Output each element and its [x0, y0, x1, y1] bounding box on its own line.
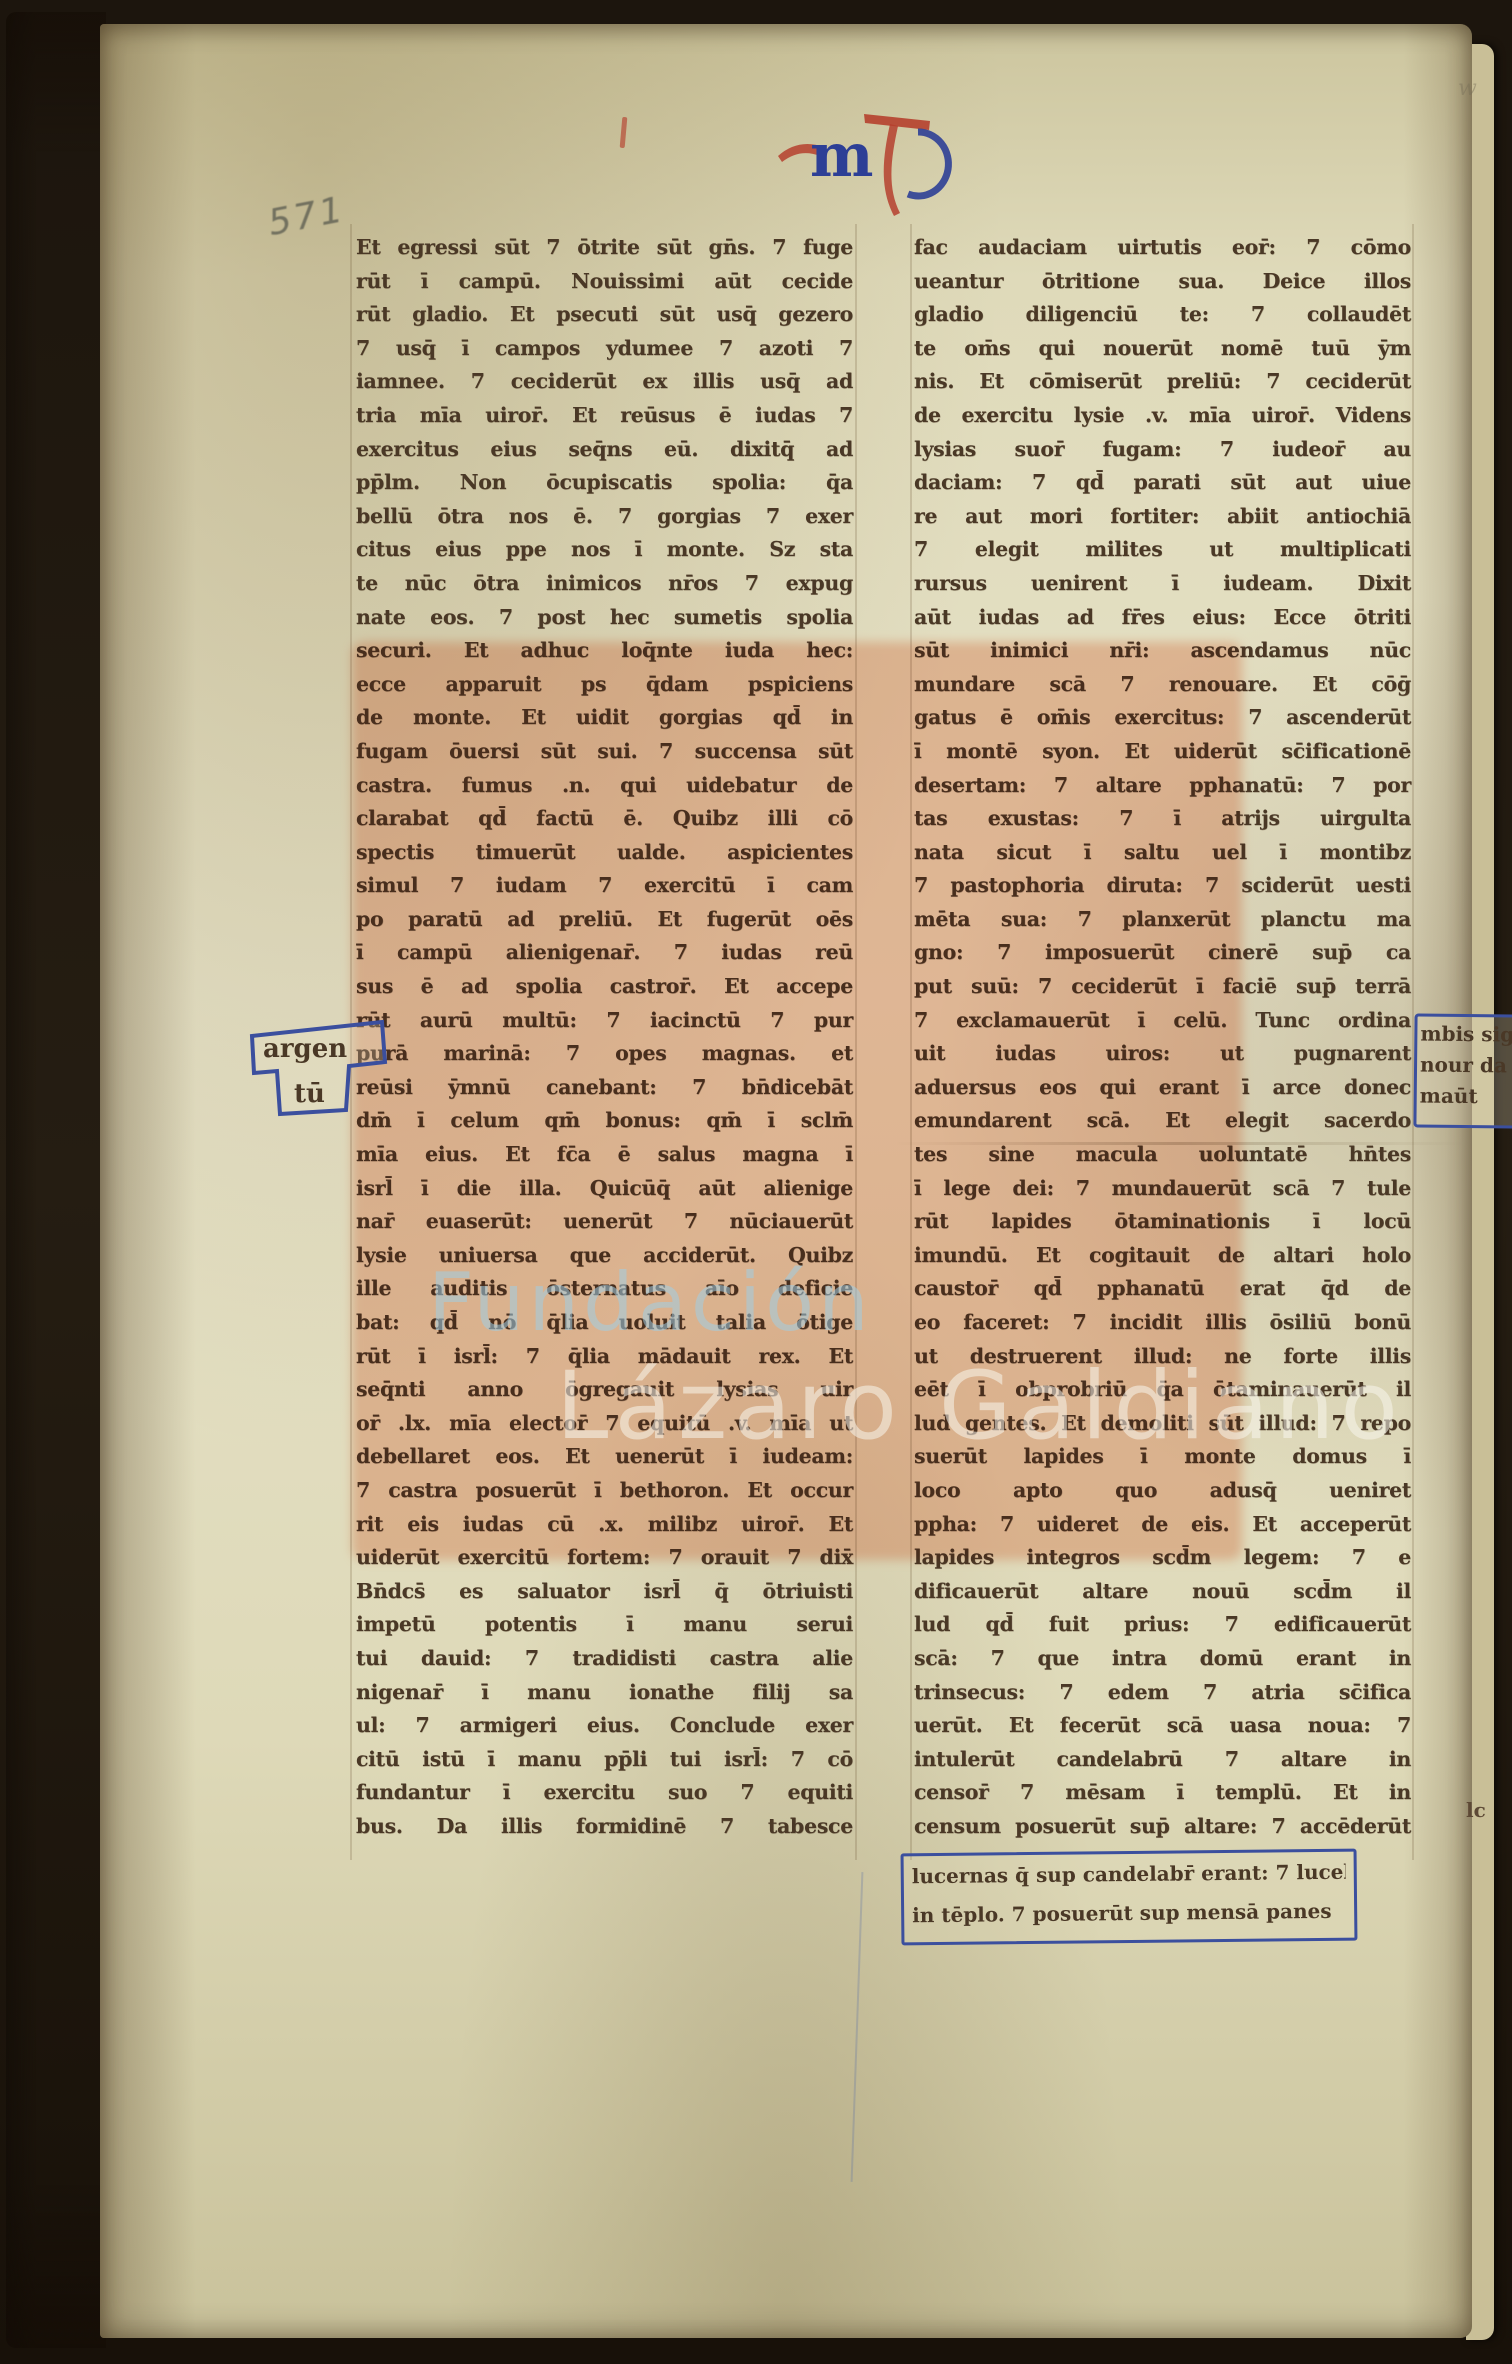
- text-line: fugam ōuersi sūt sui. 7 succensa sūt: [356, 735, 853, 769]
- text-line: dm̄ ī celum qm̄ bonus: qm̄ ī sclm̄: [356, 1104, 853, 1138]
- text-line: Bn̄dcs̄ es saluator isrl̄ q̄ ōtriuisti: [356, 1575, 853, 1609]
- text-line: mēta sua: 7 planxerūt planctu ma: [914, 903, 1411, 937]
- text-line: nour da: [1420, 1050, 1512, 1082]
- text-line: nata sicut ī saltu uel ī montibz: [914, 836, 1411, 870]
- text-line: 7 pastophoria diruta: 7 sciderūt uesti: [914, 869, 1411, 903]
- text-line: caustor̄ qd̄ pphanatū erat q̄d de: [914, 1272, 1411, 1306]
- text-line: re aut mori fortiter: abiit antiochiā: [914, 500, 1411, 534]
- text-line: dificauerūt altare nouū scd̄m il: [914, 1575, 1411, 1609]
- text-line: ppha: 7 uideret de eis. Et acceperūt: [914, 1508, 1411, 1542]
- ruling-line: [910, 224, 912, 1860]
- text-line: citū istū ī manu pp̄li tui isrl̄: 7 cō: [356, 1743, 853, 1777]
- text-line: nigenar̄ ī manu ionathe filij sa: [356, 1676, 853, 1710]
- text-line: bat: qd̄ nō q̄lia uoluit talia ōtige: [356, 1306, 853, 1340]
- text-line: purā marinā: 7 opes magnas. et: [356, 1037, 853, 1071]
- text-line: ille auditis ōsternatus aīo deficie: [356, 1272, 853, 1306]
- text-line: te nūc ōtra inimicos nr̄os 7 expug: [356, 567, 853, 601]
- text-line: castra. fumus .n. qui uidebatur de: [356, 769, 853, 803]
- text-line: lucernas q̄ sup candelabr̄ erant: 7 luce…: [912, 1853, 1346, 1897]
- text-line: impetū potentis ī manu serui: [356, 1608, 853, 1642]
- text-line: aduersus eos qui erant ī arce donec: [914, 1071, 1411, 1105]
- edge-pen-mark: lc: [1466, 1798, 1486, 1822]
- bottom-gloss-note: lucernas q̄ sup candelabr̄ erant: 7 luce…: [901, 1849, 1358, 1946]
- text-line: mundare scā 7 renouare. Et cōḡ: [914, 668, 1411, 702]
- text-line: rit eis iudas cū .x. milibz uiror̄. Et: [356, 1508, 853, 1542]
- text-line: bus. Da illis formidinē 7 tabesce: [356, 1810, 853, 1844]
- text-line: nis. Et cōmiserūt preliū: 7 ceciderūt: [914, 365, 1411, 399]
- corner-pencil-mark: w: [1458, 76, 1477, 101]
- text-column-right: fac audaciam uirtutis eor̄: 7 cōmoueantu…: [914, 231, 1411, 1844]
- text-line: put suū: 7 ceciderūt ī faciē sup̄ terrā: [914, 970, 1411, 1004]
- text-line: ī lege dei: 7 mundauerūt scā 7 tule: [914, 1172, 1411, 1206]
- text-line: 7 elegit milites ut multiplicati: [914, 533, 1411, 567]
- text-line: intulerūt candelabrū 7 altare in: [914, 1743, 1411, 1777]
- text-line: debellaret eos. Et uenerūt ī iudeam:: [356, 1440, 853, 1474]
- text-line: aūt iudas ad fr̄es eius: Ecce ōtriti: [914, 601, 1411, 635]
- text-line: emundarent scā. Et elegit sacerdo: [914, 1104, 1411, 1138]
- text-line: maūt: [1420, 1081, 1512, 1113]
- text-line: ī montē syon. Et uiderūt sc̄ificationē: [914, 735, 1411, 769]
- text-line: sus ē ad spolia castror̄. Et accepe: [356, 970, 853, 1004]
- text-line: simul 7 iudam 7 exercitū ī cam: [356, 869, 853, 903]
- text-line: trinsecus: 7 edem 7 atria sc̄ifica: [914, 1676, 1411, 1710]
- text-column-left: Et egressi sūt 7 ōtrite sūt gn̄s. 7 fuge…: [356, 231, 853, 1844]
- text-line: sūt inimici nr̄i: ascendamus nūc: [914, 634, 1411, 668]
- text-line: censor̄ 7 mēsam ī templū. Et in: [914, 1776, 1411, 1810]
- text-line: mīa eius. Et fc̄a ē salus magna ī: [356, 1138, 853, 1172]
- text-line: lud qd̄ fuit prius: 7 edificauerūt: [914, 1608, 1411, 1642]
- text-line: spectis timuerūt ualde. aspicientes: [356, 836, 853, 870]
- margin-note-left-line2: tū: [294, 1079, 325, 1109]
- text-line: daciam: 7 qd̄ parati sūt aut uiue: [914, 466, 1411, 500]
- text-line: imundū. Et cogitauit de altari holo: [914, 1239, 1411, 1273]
- text-line: uit iudas uiros: ut pugnarent: [914, 1037, 1411, 1071]
- text-line: tui dauid: 7 tradidisti castra alie: [356, 1642, 853, 1676]
- running-header: m: [772, 94, 967, 219]
- margin-note-left: argen tū: [248, 1010, 400, 1132]
- text-line: rūt aurū multū: 7 iacinctū 7 pur: [356, 1004, 853, 1038]
- text-line: tria mīa uiror̄. Et reūsus ē iudas 7: [356, 399, 853, 433]
- text-line: rursus uenirent ī iudeam. Dixit: [914, 567, 1411, 601]
- text-line: rūt gladio. Et psecuti sūt usq̄ gezero: [356, 298, 853, 332]
- text-line: seq̄nti anno ōgregauit lysias uir: [356, 1373, 853, 1407]
- text-line: de exercitu lysie .v. mīa uiror̄. Videns: [914, 399, 1411, 433]
- text-line: lapides integros scd̄m legem: 7 e: [914, 1541, 1411, 1575]
- text-line: de monte. Et uidit gorgias qd̄ in: [356, 701, 853, 735]
- text-line: fac audaciam uirtutis eor̄: 7 cōmo: [914, 231, 1411, 265]
- text-line: ul: 7 armigeri eius. Conclude exer: [356, 1709, 853, 1743]
- text-line: nate eos. 7 post hec sumetis spolia: [356, 601, 853, 635]
- margin-note-right: mbis signour damaūt: [1413, 1013, 1512, 1128]
- text-line: desertam: 7 altare pphanatū: 7 por: [914, 769, 1411, 803]
- text-line: eo faceret: 7 incidit illis ōsiliū bonū: [914, 1306, 1411, 1340]
- text-line: eēt ī obprobriū q̄a ōtaminauerūt il: [914, 1373, 1411, 1407]
- text-line: loco apto quo adusq̄ ueniret: [914, 1474, 1411, 1508]
- text-line: ut destruerent illud: ne forte illis: [914, 1340, 1411, 1374]
- text-line: tas exustas: 7 ī atrijs uirgulta: [914, 802, 1411, 836]
- text-line: uiderūt exercitū fortem: 7 orauit 7 dix̄: [356, 1541, 853, 1575]
- text-line: bellū ōtra nos ē. 7 gorgias 7 exer: [356, 500, 853, 534]
- text-line: uerūt. Et fecerūt scā uasa noua: 7: [914, 1709, 1411, 1743]
- text-line: Et egressi sūt 7 ōtrite sūt gn̄s. 7 fuge: [356, 231, 853, 265]
- text-line: ueantur ōtritione sua. Deice illos: [914, 265, 1411, 299]
- text-line: te om̄s qui nouerūt nomē tuū ȳm: [914, 332, 1411, 366]
- text-line: gatus ē om̄is exercitus: 7 ascenderūt: [914, 701, 1411, 735]
- margin-note-left-line1: argen: [263, 1034, 347, 1064]
- text-line: rūt lapides ōtaminationis ī locū: [914, 1205, 1411, 1239]
- text-line: gladio diligenciū te: 7 collaudēt: [914, 298, 1411, 332]
- text-line: 7 castra posuerūt ī bethoron. Et occur: [356, 1474, 853, 1508]
- text-line: iamnee. 7 ceciderūt ex illis usq̄ ad: [356, 365, 853, 399]
- text-line: rūt ī isrl̄: 7 q̄lia mādauit rex. Et: [356, 1340, 853, 1374]
- text-line: lysias suor̄ fugam: 7 iudeor̄ au: [914, 433, 1411, 467]
- text-line: reūsi ȳmnū canebant: 7 bn̄dicebāt: [356, 1071, 853, 1105]
- text-line: mbis sig: [1420, 1019, 1512, 1051]
- text-line: exercitus eius seq̄ns eū. dixitq̄ ad: [356, 433, 853, 467]
- text-line: nar̄ euaserūt: uenerūt 7 nūciauerūt: [356, 1205, 853, 1239]
- text-line: in tēplo. 7 posuerūt sup mensā panes: [912, 1892, 1346, 1936]
- header-penwork-icon: m: [772, 94, 967, 219]
- text-line: scā: 7 que intra domū erant in: [914, 1642, 1411, 1676]
- manuscript-photo: m 571 w Et egressi sūt 7 ōtrite sūt gn̄s…: [0, 0, 1512, 2364]
- text-line: po paratū ad preliū. Et fugerūt oēs: [356, 903, 853, 937]
- text-line: censum posuerūt sup̄ altare: 7 accēderūt: [914, 1810, 1411, 1844]
- header-letter: m: [810, 121, 874, 191]
- text-line: isrl̄ ī die illa. Quicūq̄ aūt alienige: [356, 1172, 853, 1206]
- text-line: 7 exclamauerūt ī celū. Tunc ordina: [914, 1004, 1411, 1038]
- text-line: rūt ī campū. Nouissimi aūt cecide: [356, 265, 853, 299]
- text-line: gno: 7 imposuerūt cinerē sup̄ ca: [914, 936, 1411, 970]
- text-line: ecce apparuit ps q̄dam pspiciens: [356, 668, 853, 702]
- ruling-line: [855, 224, 857, 1860]
- text-line: suerūt lapides ī monte domus ī: [914, 1440, 1411, 1474]
- text-line: lud gentes. Et demoliti sūt illud: 7 rep…: [914, 1407, 1411, 1441]
- text-line: citus eius ppe nos ī monte. Sz sta: [356, 533, 853, 567]
- text-line: ī campū alienigenar̄. 7 iudas reū: [356, 936, 853, 970]
- text-line: tes sine macula uoluntatē hn̄tes: [914, 1138, 1411, 1172]
- text-line: securi. Et adhuc loq̄nte iuda hec:: [356, 634, 853, 668]
- text-line: pp̄lm. Non ōcupiscatis spolia: q̄a: [356, 466, 853, 500]
- text-line: fundantur ī exercitu suo 7 equiti: [356, 1776, 853, 1810]
- book-spine-page-edges: [6, 12, 106, 2348]
- text-line: clarabat qd̄ factū ē. Quibz illi cō: [356, 802, 853, 836]
- text-line: lysie uniuersa que acciderūt. Quibz: [356, 1239, 853, 1273]
- text-line: 7 usq̄ ī campos ydumee 7 azoti 7: [356, 332, 853, 366]
- text-line: or̄ .lx. mīa elector̄ 7 equitū .v. mīa u…: [356, 1407, 853, 1441]
